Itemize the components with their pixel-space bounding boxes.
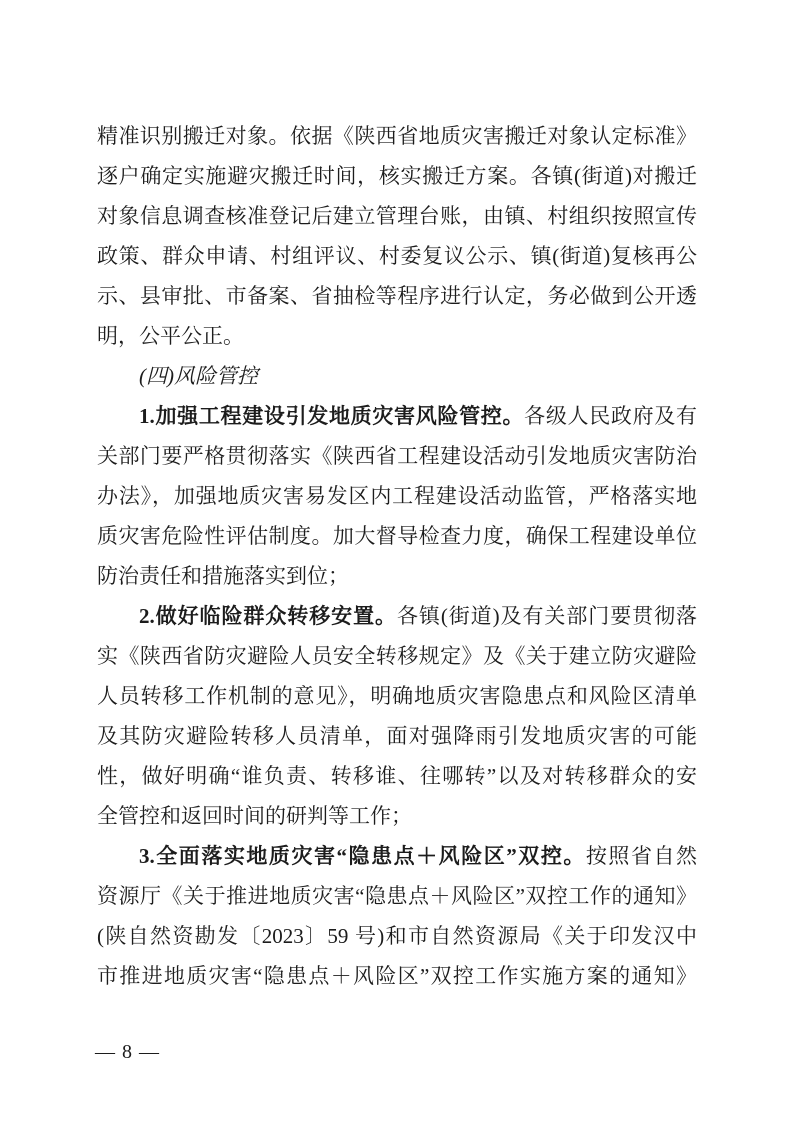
text-line: 3.全面落实地质灾害“隐患点＋风险区”双控。按照省自然 (97, 836, 697, 876)
subsection-heading-line: (四)风险管控 (97, 356, 697, 396)
text-run: 实《陕西省防灾避险人员安全转移规定》及《关于建立防灾避险 (97, 644, 697, 668)
text-line: 全管控和返回时间的研判等工作； (97, 796, 697, 836)
text-line: 及其防灾避险转移人员清单，面对强降雨引发地质灾害的可能 (97, 716, 697, 756)
text-run: 关部门要严格贯彻落实《陕西省工程建设活动引发地质灾害防治 (97, 444, 697, 468)
bold-heading-run: 2.做好临险群众转移安置。 (139, 604, 397, 628)
text-line: 市推进地质灾害“隐患点＋风险区”双控工作实施方案的通知》 (97, 956, 697, 996)
text-line: 资源厅《关于推进地质灾害“隐患点＋风险区”双控工作的通知》 (97, 876, 697, 916)
text-line: 精准识别搬迁对象。依据《陕西省地质灾害搬迁对象认定标准》 (97, 116, 697, 156)
text-line: (陕自然资勘发〔2023〕59 号)和市自然资源局《关于印发汉中 (97, 916, 697, 956)
text-run: 性，做好明确“谁负责、转移谁、往哪转”以及对转移群众的安 (97, 764, 697, 788)
text-run: 各级人民政府及有 (524, 404, 697, 428)
page-number: — 8 — (95, 1041, 160, 1063)
text-line: 逐户确定实施避灾搬迁时间，核实搬迁方案。各镇(街道)对搬迁 (97, 156, 697, 196)
paragraph: 3.全面落实地质灾害“隐患点＋风险区”双控。按照省自然资源厅《关于推进地质灾害“… (97, 836, 697, 996)
bold-heading-run: 1.加强工程建设引发地质灾害风险管控。 (139, 404, 524, 428)
text-run: 示、县审批、市备案、省抽检等程序进行认定，务必做到公开透 (97, 284, 697, 308)
text-run: 对象信息调查核准登记后建立管理台账，由镇、村组织按照宣传 (97, 204, 697, 228)
text-line: 性，做好明确“谁负责、转移谁、往哪转”以及对转移群众的安 (97, 756, 697, 796)
document-page: 精准识别搬迁对象。依据《陕西省地质灾害搬迁对象认定标准》逐户确定实施避灾搬迁时间… (0, 0, 793, 1122)
text-run: 防治责任和措施落实到位； (97, 564, 349, 588)
text-line: 质灾害危险性评估制度。加大督导检查力度，确保工程建设单位 (97, 516, 697, 556)
text-run: (四)风险管控 (139, 364, 258, 388)
text-line: 2.做好临险群众转移安置。各镇(街道)及有关部门要贯彻落 (97, 596, 697, 636)
text-run: 质灾害危险性评估制度。加大督导检查力度，确保工程建设单位 (97, 524, 697, 548)
text-run: 政策、群众申请、村组评议、村委复议公示、镇(街道)复核再公 (97, 244, 697, 268)
paragraph: 2.做好临险群众转移安置。各镇(街道)及有关部门要贯彻落实《陕西省防灾避险人员安… (97, 596, 697, 836)
text-run: 资源厅《关于推进地质灾害“隐患点＋风险区”双控工作的通知》 (97, 884, 697, 908)
text-run: 各镇(街道)及有关部门要贯彻落 (397, 604, 697, 628)
text-line: 政策、群众申请、村组评议、村委复议公示、镇(街道)复核再公 (97, 236, 697, 276)
document-body: 精准识别搬迁对象。依据《陕西省地质灾害搬迁对象认定标准》逐户确定实施避灾搬迁时间… (97, 116, 697, 996)
text-run: 全管控和返回时间的研判等工作； (97, 804, 412, 828)
text-run: 及其防灾避险转移人员清单，面对强降雨引发地质灾害的可能 (97, 724, 697, 748)
text-run: 市推进地质灾害“隐患点＋风险区”双控工作实施方案的通知》 (97, 964, 697, 988)
text-line: 1.加强工程建设引发地质灾害风险管控。各级人民政府及有 (97, 396, 697, 436)
text-line: 关部门要严格贯彻落实《陕西省工程建设活动引发地质灾害防治 (97, 436, 697, 476)
page-footer: — 8 — (95, 1040, 160, 1064)
text-run: 按照省自然 (586, 844, 697, 868)
text-line: 防治责任和措施落实到位； (97, 556, 697, 596)
paragraph: (四)风险管控 (97, 356, 697, 396)
paragraph: 精准识别搬迁对象。依据《陕西省地质灾害搬迁对象认定标准》逐户确定实施避灾搬迁时间… (97, 116, 697, 356)
text-line: 实《陕西省防灾避险人员安全转移规定》及《关于建立防灾避险 (97, 636, 697, 676)
text-line: 办法》，加强地质灾害易发区内工程建设活动监管，严格落实地 (97, 476, 697, 516)
text-run: 逐户确定实施避灾搬迁时间，核实搬迁方案。各镇(街道)对搬迁 (97, 164, 697, 188)
text-run: 办法》，加强地质灾害易发区内工程建设活动监管，严格落实地 (97, 484, 697, 508)
text-run: 精准识别搬迁对象。依据《陕西省地质灾害搬迁对象认定标准》 (97, 124, 697, 148)
text-run: 人员转移工作机制的意见》，明确地质灾害隐患点和风险区清单 (97, 684, 697, 708)
text-line: 示、县审批、市备案、省抽检等程序进行认定，务必做到公开透 (97, 276, 697, 316)
bold-heading-run: 3.全面落实地质灾害“隐患点＋风险区”双控。 (139, 844, 586, 868)
text-line: 对象信息调查核准登记后建立管理台账，由镇、村组织按照宣传 (97, 196, 697, 236)
text-line: 人员转移工作机制的意见》，明确地质灾害隐患点和风险区清单 (97, 676, 697, 716)
text-run: (陕自然资勘发〔2023〕59 号)和市自然资源局《关于印发汉中 (97, 924, 697, 948)
text-run: 明，公平公正。 (97, 324, 244, 348)
text-line: 明，公平公正。 (97, 316, 697, 356)
paragraph: 1.加强工程建设引发地质灾害风险管控。各级人民政府及有关部门要严格贯彻落实《陕西… (97, 396, 697, 596)
